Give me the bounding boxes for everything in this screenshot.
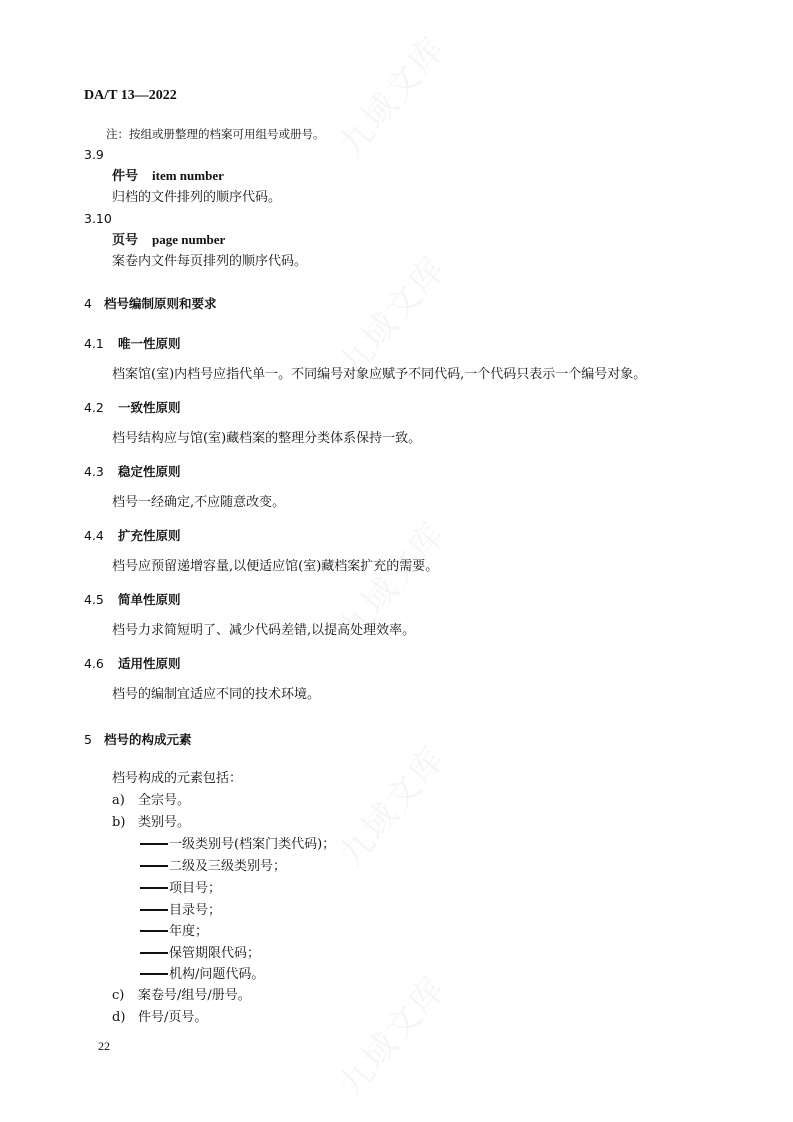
sub-list-item: 一级类别号(档案门类代码)； [140, 837, 335, 853]
sub-list-item-text: 一级类别号(档案门类代码)； [169, 837, 335, 852]
subsection-text: 档号力求简短明了、减少代码差错,以提高处理效率。 [112, 623, 415, 639]
dash-marker [140, 909, 168, 911]
list-item-text: 类别号。 [138, 815, 190, 830]
subsection-text: 档号的编制宜适应不同的技术环境。 [112, 687, 320, 703]
term-definition: 案卷内文件每页排列的顺序代码。 [112, 254, 307, 270]
term-heading: 件号item number [112, 168, 224, 185]
subsection-heading: 4.1唯一性原则 [84, 336, 181, 353]
list-item: b)类别号。 [112, 815, 190, 831]
section-heading: 4档号编制原则和要求 [84, 296, 217, 313]
subsection-number: 4.4 [84, 528, 118, 544]
dash-marker [140, 973, 168, 975]
subsection-text: 档号一经确定,不应随意改变。 [112, 495, 285, 511]
list-item: a)全宗号。 [112, 793, 190, 809]
term-number: 3.10 [84, 211, 112, 227]
sub-list-item-text: 年度； [169, 924, 208, 939]
sub-list-item: 年度； [140, 924, 208, 940]
list-item-text: 案卷号/组号/册号。 [138, 988, 251, 1003]
sub-list-item-text: 二级及三级类别号； [169, 859, 286, 874]
sub-list-item-text: 保管期限代码； [169, 946, 260, 961]
sub-list-item: 保管期限代码； [140, 946, 260, 962]
subsection-number: 4.1 [84, 336, 118, 352]
subsection-heading: 4.3稳定性原则 [84, 464, 181, 481]
subsection-heading: 4.2一致性原则 [84, 400, 181, 417]
sub-list-item-text: 目录号； [169, 903, 221, 918]
list-marker: a) [112, 793, 138, 809]
subsection-number: 4.6 [84, 656, 118, 672]
subsection-number: 4.5 [84, 592, 118, 608]
watermark: 九域文库 [325, 734, 455, 876]
subsection-title: 稳定性原则 [118, 464, 181, 479]
subsection-heading: 4.6适用性原则 [84, 656, 181, 673]
subsection-title: 一致性原则 [118, 400, 181, 415]
dash-marker [140, 843, 168, 845]
page-number: 22 [98, 1038, 110, 1054]
section-number: 4 [84, 296, 104, 312]
watermark: 九域文库 [325, 964, 455, 1106]
section-heading: 5档号的构成元素 [84, 732, 192, 749]
subsection-heading: 4.4扩充性原则 [84, 528, 181, 545]
watermark: 九域文库 [325, 244, 455, 386]
sub-list-item: 二级及三级类别号； [140, 859, 286, 875]
list-marker: b) [112, 815, 138, 831]
list-marker: d) [112, 1010, 138, 1026]
sub-list-item: 机构/问题代码。 [140, 967, 264, 983]
dash-marker [140, 952, 168, 954]
term-cn: 件号 [112, 169, 138, 184]
list-item: d)件号/页号。 [112, 1010, 207, 1026]
watermark: 九域文库 [325, 24, 455, 166]
subsection-text: 档号应预留递增容量,以便适应馆(室)藏档案扩充的需要。 [112, 559, 438, 575]
note-text: 注：按组或册整理的档案可用组号或册号。 [106, 126, 325, 142]
sub-list-item-text: 机构/问题代码。 [169, 967, 264, 982]
subsection-text: 档号结构应与馆(室)藏档案的整理分类体系保持一致。 [112, 431, 421, 447]
sub-list-item: 项目号； [140, 881, 221, 897]
list-marker: c) [112, 988, 138, 1004]
section-title: 档号的构成元素 [104, 732, 192, 747]
list-item: c)案卷号/组号/册号。 [112, 988, 251, 1004]
term-en: item number [152, 168, 224, 183]
term-definition: 归档的文件排列的顺序代码。 [112, 190, 281, 206]
subsection-title: 唯一性原则 [118, 336, 181, 351]
term-heading: 页号page number [112, 232, 225, 249]
sub-list-item-text: 项目号； [169, 881, 221, 896]
dash-marker [140, 865, 168, 867]
dash-marker [140, 930, 168, 932]
subsection-number: 4.2 [84, 400, 118, 416]
subsection-heading: 4.5简单性原则 [84, 592, 181, 609]
list-item-text: 件号/页号。 [138, 1010, 207, 1025]
sub-list-item: 目录号； [140, 903, 221, 919]
term-number: 3.9 [84, 147, 104, 163]
list-item-text: 全宗号。 [138, 793, 190, 808]
subsection-title: 适用性原则 [118, 656, 181, 671]
subsection-number: 4.3 [84, 464, 118, 480]
term-en: page number [152, 232, 225, 247]
subsection-text: 档案馆(室)内档号应指代单一。不同编号对象应赋予不同代码,一个代码只表示一个编号… [112, 367, 646, 383]
section-title: 档号编制原则和要求 [104, 296, 217, 311]
dash-marker [140, 887, 168, 889]
section-intro: 档号构成的元素包括： [112, 771, 242, 787]
subsection-title: 扩充性原则 [118, 528, 181, 543]
section-number: 5 [84, 732, 104, 748]
standard-code-header: DA/T 13—2022 [84, 88, 177, 104]
subsection-title: 简单性原则 [118, 592, 181, 607]
term-cn: 页号 [112, 233, 138, 248]
